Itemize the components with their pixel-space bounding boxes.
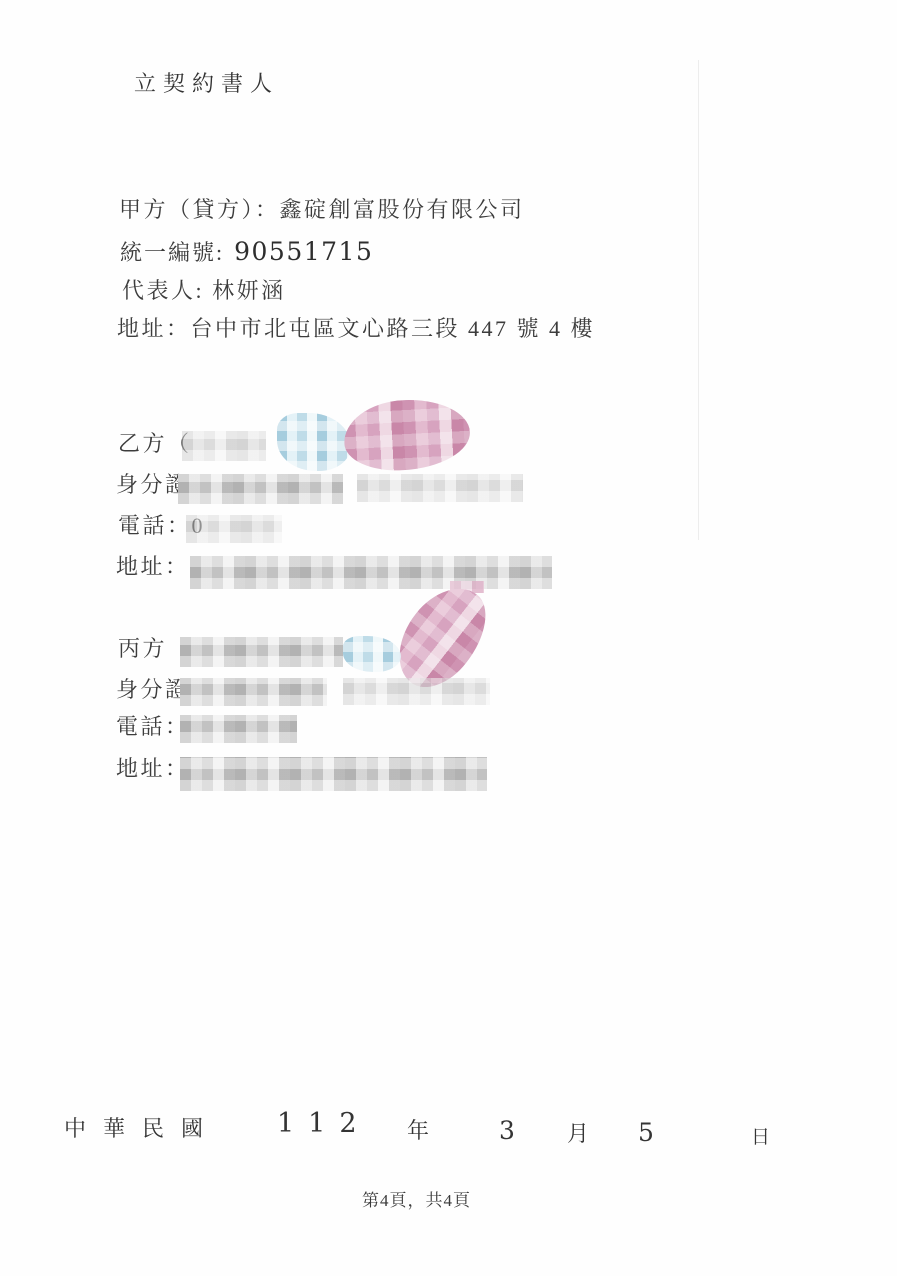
party-b-name-seal-stamp bbox=[342, 397, 471, 473]
party-c-signature-ink-mosaic bbox=[343, 636, 401, 672]
tax-id-label: 統一編號: bbox=[120, 240, 224, 265]
party-b-address-label: 地址： bbox=[116, 553, 190, 582]
date-year-value: 112 bbox=[277, 1108, 371, 1139]
party-c-address-redaction-mosaic bbox=[180, 757, 487, 791]
party-a-address-line: 地址：台中市北屯區文心路三段 447 號 4 樓 bbox=[117, 315, 595, 344]
date-day-unit: 日 bbox=[751, 1122, 770, 1149]
party-c-id-redaction-mosaic-1 bbox=[180, 678, 327, 706]
page-title: 立契約書人 bbox=[134, 70, 279, 99]
party-c-phone-redaction-mosaic bbox=[180, 715, 297, 743]
party-b-id-redaction-mosaic-1 bbox=[178, 474, 343, 504]
scan-fold-line bbox=[698, 60, 699, 540]
page-number-indicator: 第4頁，共4頁 bbox=[362, 1186, 471, 1211]
party-c-phone-label: 電話： bbox=[116, 713, 190, 742]
party-b-address-redaction-mosaic bbox=[190, 556, 552, 589]
scanned-contract-page: 立契約書人 甲方（貸方）：鑫碇創富股份有限公司 統一編號:90551715 代表… bbox=[0, 0, 897, 1276]
party-c-name-redaction-mosaic bbox=[180, 637, 343, 667]
party-b-id-redaction-mosaic-2 bbox=[357, 474, 523, 502]
date-month-unit: 月 bbox=[567, 1117, 589, 1148]
party-c-address-label: 地址： bbox=[116, 755, 190, 784]
party-a-tax-id-line: 統一編號:90551715 bbox=[120, 236, 373, 269]
date-year-unit: 年 bbox=[407, 1114, 429, 1145]
party-c-id-redaction-mosaic-2 bbox=[343, 678, 490, 705]
date-era-label: 中華民國 bbox=[64, 1112, 220, 1143]
party-a-name-line: 甲方（貸方）：鑫碇創富股份有限公司 bbox=[119, 196, 525, 225]
date-day-value: 5 bbox=[638, 1118, 654, 1147]
party-b-name-redaction-mosaic bbox=[182, 431, 266, 461]
party-c-id-label: 身分證 bbox=[116, 676, 190, 705]
party-b-phone-redaction-mosaic bbox=[186, 515, 282, 543]
date-month-value: 3 bbox=[499, 1116, 515, 1145]
party-a-representative-line: 代表人: 林妍涵 bbox=[122, 277, 286, 306]
party-b-name-prefix: 乙方（ bbox=[118, 430, 192, 459]
party-b-signature-ink-mosaic bbox=[277, 413, 351, 471]
tax-id-value: 90551715 bbox=[234, 237, 373, 266]
